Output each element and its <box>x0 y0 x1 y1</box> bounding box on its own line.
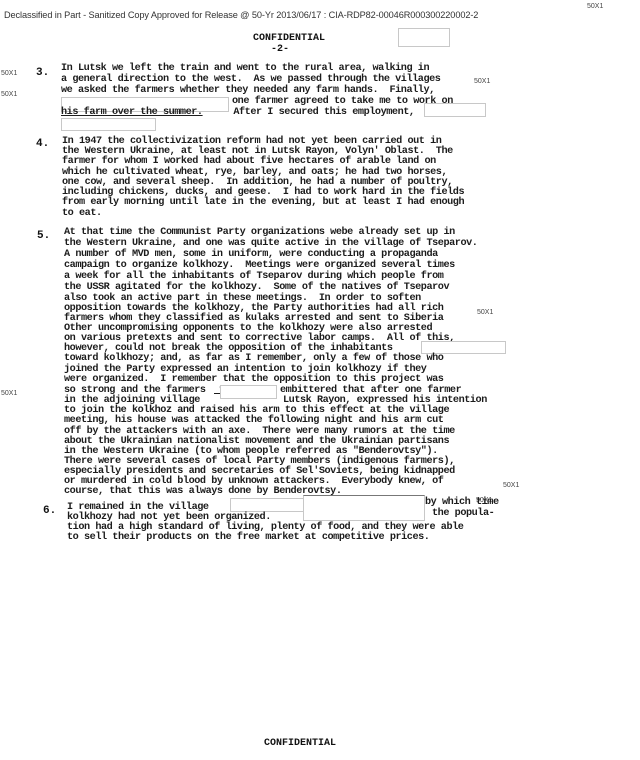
stamp-50x1: 50X1 <box>1 390 17 397</box>
classification-top: CONFIDENTIAL <box>253 33 325 44</box>
text-line: After I secured this employment, <box>222 107 415 119</box>
paragraph-number: 4. <box>36 138 49 150</box>
stamp-50x1: 50X1 <box>1 91 17 98</box>
stamp-top: 50X1 <box>587 3 603 10</box>
paragraph-number: 6. <box>43 505 56 517</box>
redaction-box <box>61 118 156 131</box>
paragraph-number: 3. <box>36 67 49 79</box>
paragraph-number: 5. <box>37 230 50 242</box>
stamp-50x1: 50X1 <box>503 482 519 489</box>
text-line: to eat. <box>62 208 102 220</box>
redaction-box <box>303 495 425 521</box>
text-line: to sell their products on the free marke… <box>67 532 429 544</box>
stamp-50x1: 50X1 <box>477 309 493 316</box>
text-line: course, that this was always done by Ben… <box>64 486 342 498</box>
redaction-box <box>424 103 486 117</box>
declassification-header: Declassified in Part - Sanitized Copy Ap… <box>4 10 478 20</box>
redaction-box <box>230 498 308 512</box>
classification-bottom: CONFIDENTIAL <box>264 738 336 749</box>
stamp-50x1: 50X1 <box>1 70 17 77</box>
redaction-box-top <box>398 28 450 47</box>
text-line: the popula- <box>432 508 494 520</box>
text-line: from early morning until late in the eve… <box>62 197 464 209</box>
redaction-box <box>220 385 277 399</box>
stamp-50x1: 50X1 <box>474 78 490 85</box>
page-number: -2- <box>271 44 289 55</box>
